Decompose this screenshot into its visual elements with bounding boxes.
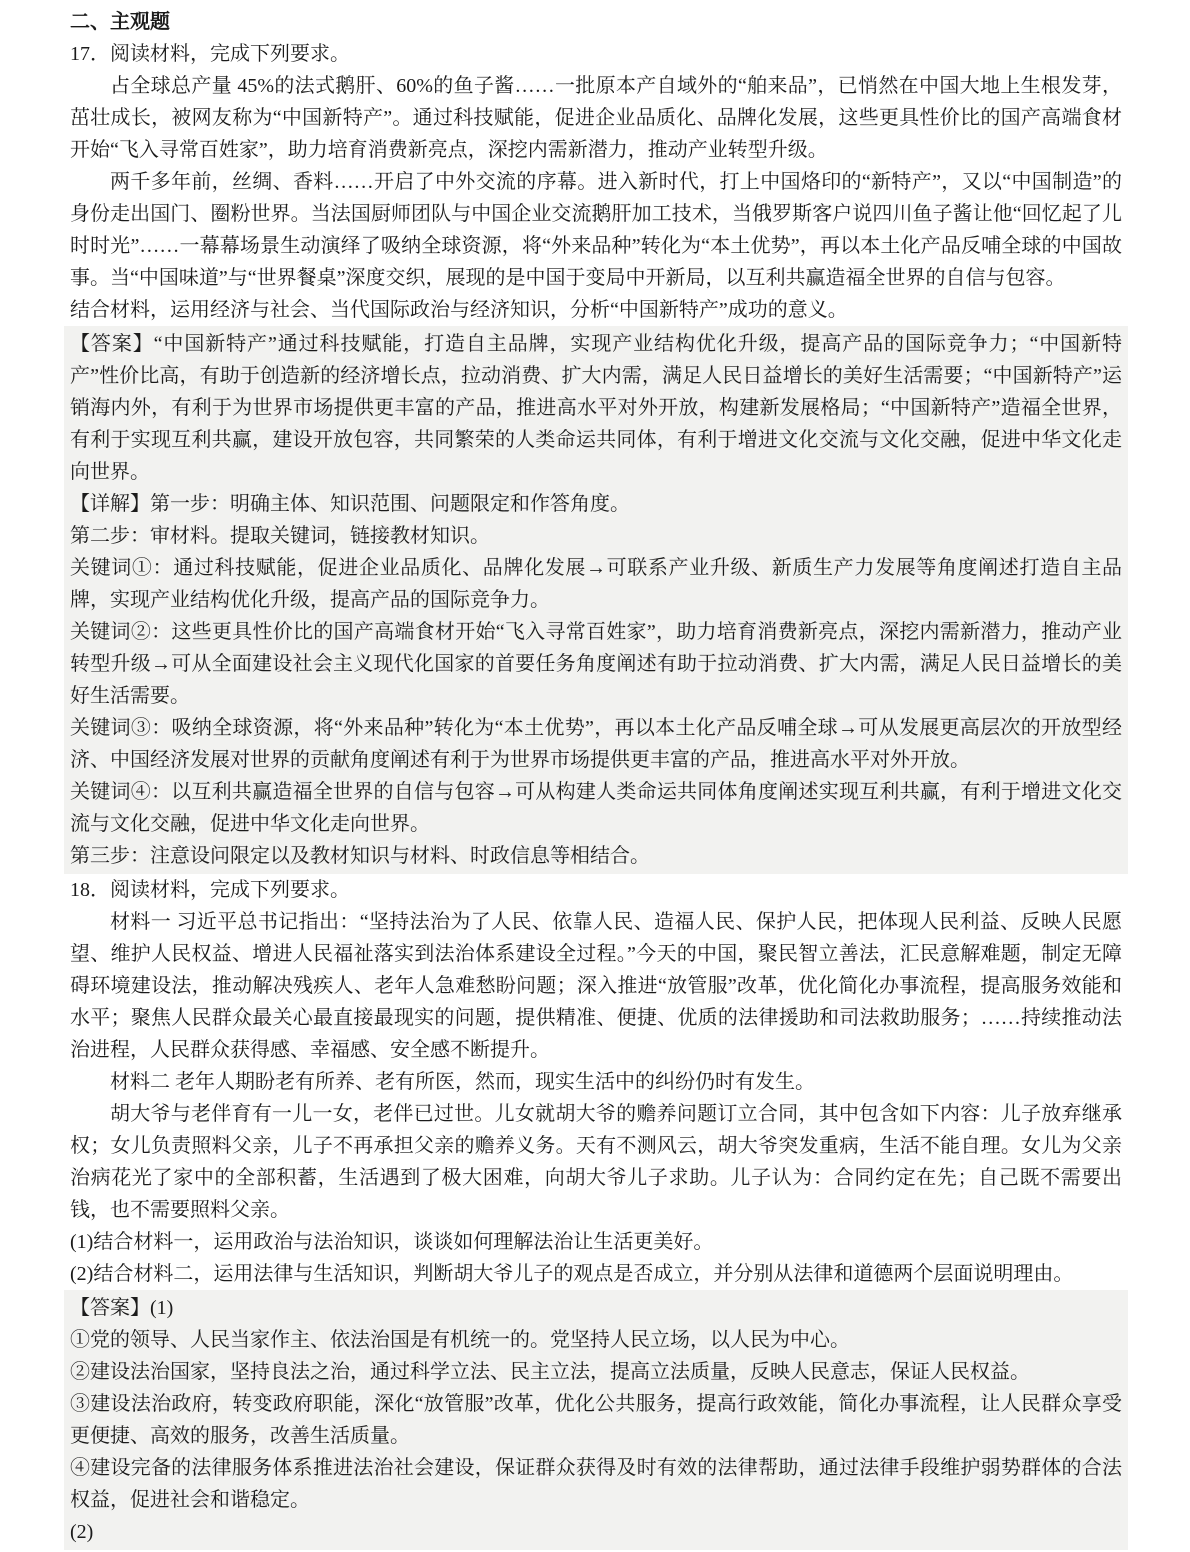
q18-answer-label: 【答案】(1) [70, 1292, 1122, 1324]
q18-answer-block: 【答案】(1) ①党的领导、人民当家作主、依法治国是有机统一的。党坚持人民立场，… [64, 1290, 1128, 1550]
q17-material-paragraph-1: 占全球总产量 45%的法式鹅肝、60%的鱼子酱……一批原本产自域外的“舶来品”，… [70, 70, 1122, 166]
q18-sub-question-2: (2)结合材料二，运用法律与生活知识，判断胡大爷儿子的观点是否成立，并分别从法律… [70, 1258, 1122, 1290]
q17-explain-keyword-2: 关键词②：这些更具性价比的国产高端食材开始“飞入寻常百姓家”，助力培育消费新亮点… [70, 616, 1122, 712]
q18-material-1: 材料一 习近平总书记指出：“坚持法治为了人民、依靠人民、造福人民、保护人民，把体… [70, 906, 1122, 1066]
q18-stem: 18．阅读材料，完成下列要求。 [70, 874, 1122, 906]
q18-material-2-body: 胡大爷与老伴育有一儿一女，老伴已过世。儿女就胡大爷的赡养问题订立合同，其中包含如… [70, 1098, 1122, 1226]
q17-stem: 17．阅读材料，完成下列要求。 [70, 38, 1122, 70]
section-title: 二、主观题 [70, 6, 1122, 38]
q17-explain-step2: 第二步：审材料。提取关键词，链接教材知识。 [70, 520, 1122, 552]
exam-document-page: 二、主观题 17．阅读材料，完成下列要求。 占全球总产量 45%的法式鹅肝、60… [0, 0, 1190, 1550]
q17-question-text: 结合材料，运用经济与社会、当代国际政治与经济知识，分析“中国新特产”成功的意义。 [70, 294, 1122, 326]
q17-explain-keyword-3: 关键词③：吸纳全球资源，将“外来品种”转化为“本土优势”，再以本土化产品反哺全球… [70, 712, 1122, 776]
q18-answer-point-2: ②建设法治国家，坚持良法之治，通过科学立法、民主立法，提高立法质量，反映人民意志… [70, 1356, 1122, 1388]
q17-explain-keyword-1: 关键词①：通过科技赋能，促进企业品质化、品牌化发展→可联系产业升级、新质生产力发… [70, 552, 1122, 616]
q17-explain-step3: 第三步：注意设问限定以及教材知识与材料、时政信息等相结合。 [70, 840, 1122, 872]
q18-answer-point-3: ③建设法治政府，转变政府职能，深化“放管服”改革，优化公共服务，提高行政效能，简… [70, 1388, 1122, 1452]
q17-answer-block: 【答案】“中国新特产”通过科技赋能，打造自主品牌，实现产业结构优化升级，提高产品… [64, 326, 1128, 874]
q17-answer-text: 【答案】“中国新特产”通过科技赋能，打造自主品牌，实现产业结构优化升级，提高产品… [70, 328, 1122, 488]
q18-answer-point-4: ④建设完备的法律服务体系推进法治社会建设，保证群众获得及时有效的法律帮助，通过法… [70, 1452, 1122, 1516]
q17-explain-keyword-4: 关键词④：以互利共赢造福全世界的自信与包容→可从构建人类命运共同体角度阐述实现互… [70, 776, 1122, 840]
q17-material-paragraph-2: 两千多年前，丝绸、香料……开启了中外交流的序幕。进入新时代，打上中国烙印的“新特… [70, 166, 1122, 294]
q18-sub-question-1: (1)结合材料一，运用政治与法治知识，谈谈如何理解法治让生活更美好。 [70, 1226, 1122, 1258]
q18-answer-point-1: ①党的领导、人民当家作主、依法治国是有机统一的。党坚持人民立场，以人民为中心。 [70, 1324, 1122, 1356]
q18-answer-part2-label: (2) [70, 1516, 1122, 1548]
q17-explain-step1: 【详解】第一步：明确主体、知识范围、问题限定和作答角度。 [70, 488, 1122, 520]
q18-material-2-intro: 材料二 老年人期盼老有所养、老有所医，然而，现实生活中的纠纷仍时有发生。 [70, 1066, 1122, 1098]
